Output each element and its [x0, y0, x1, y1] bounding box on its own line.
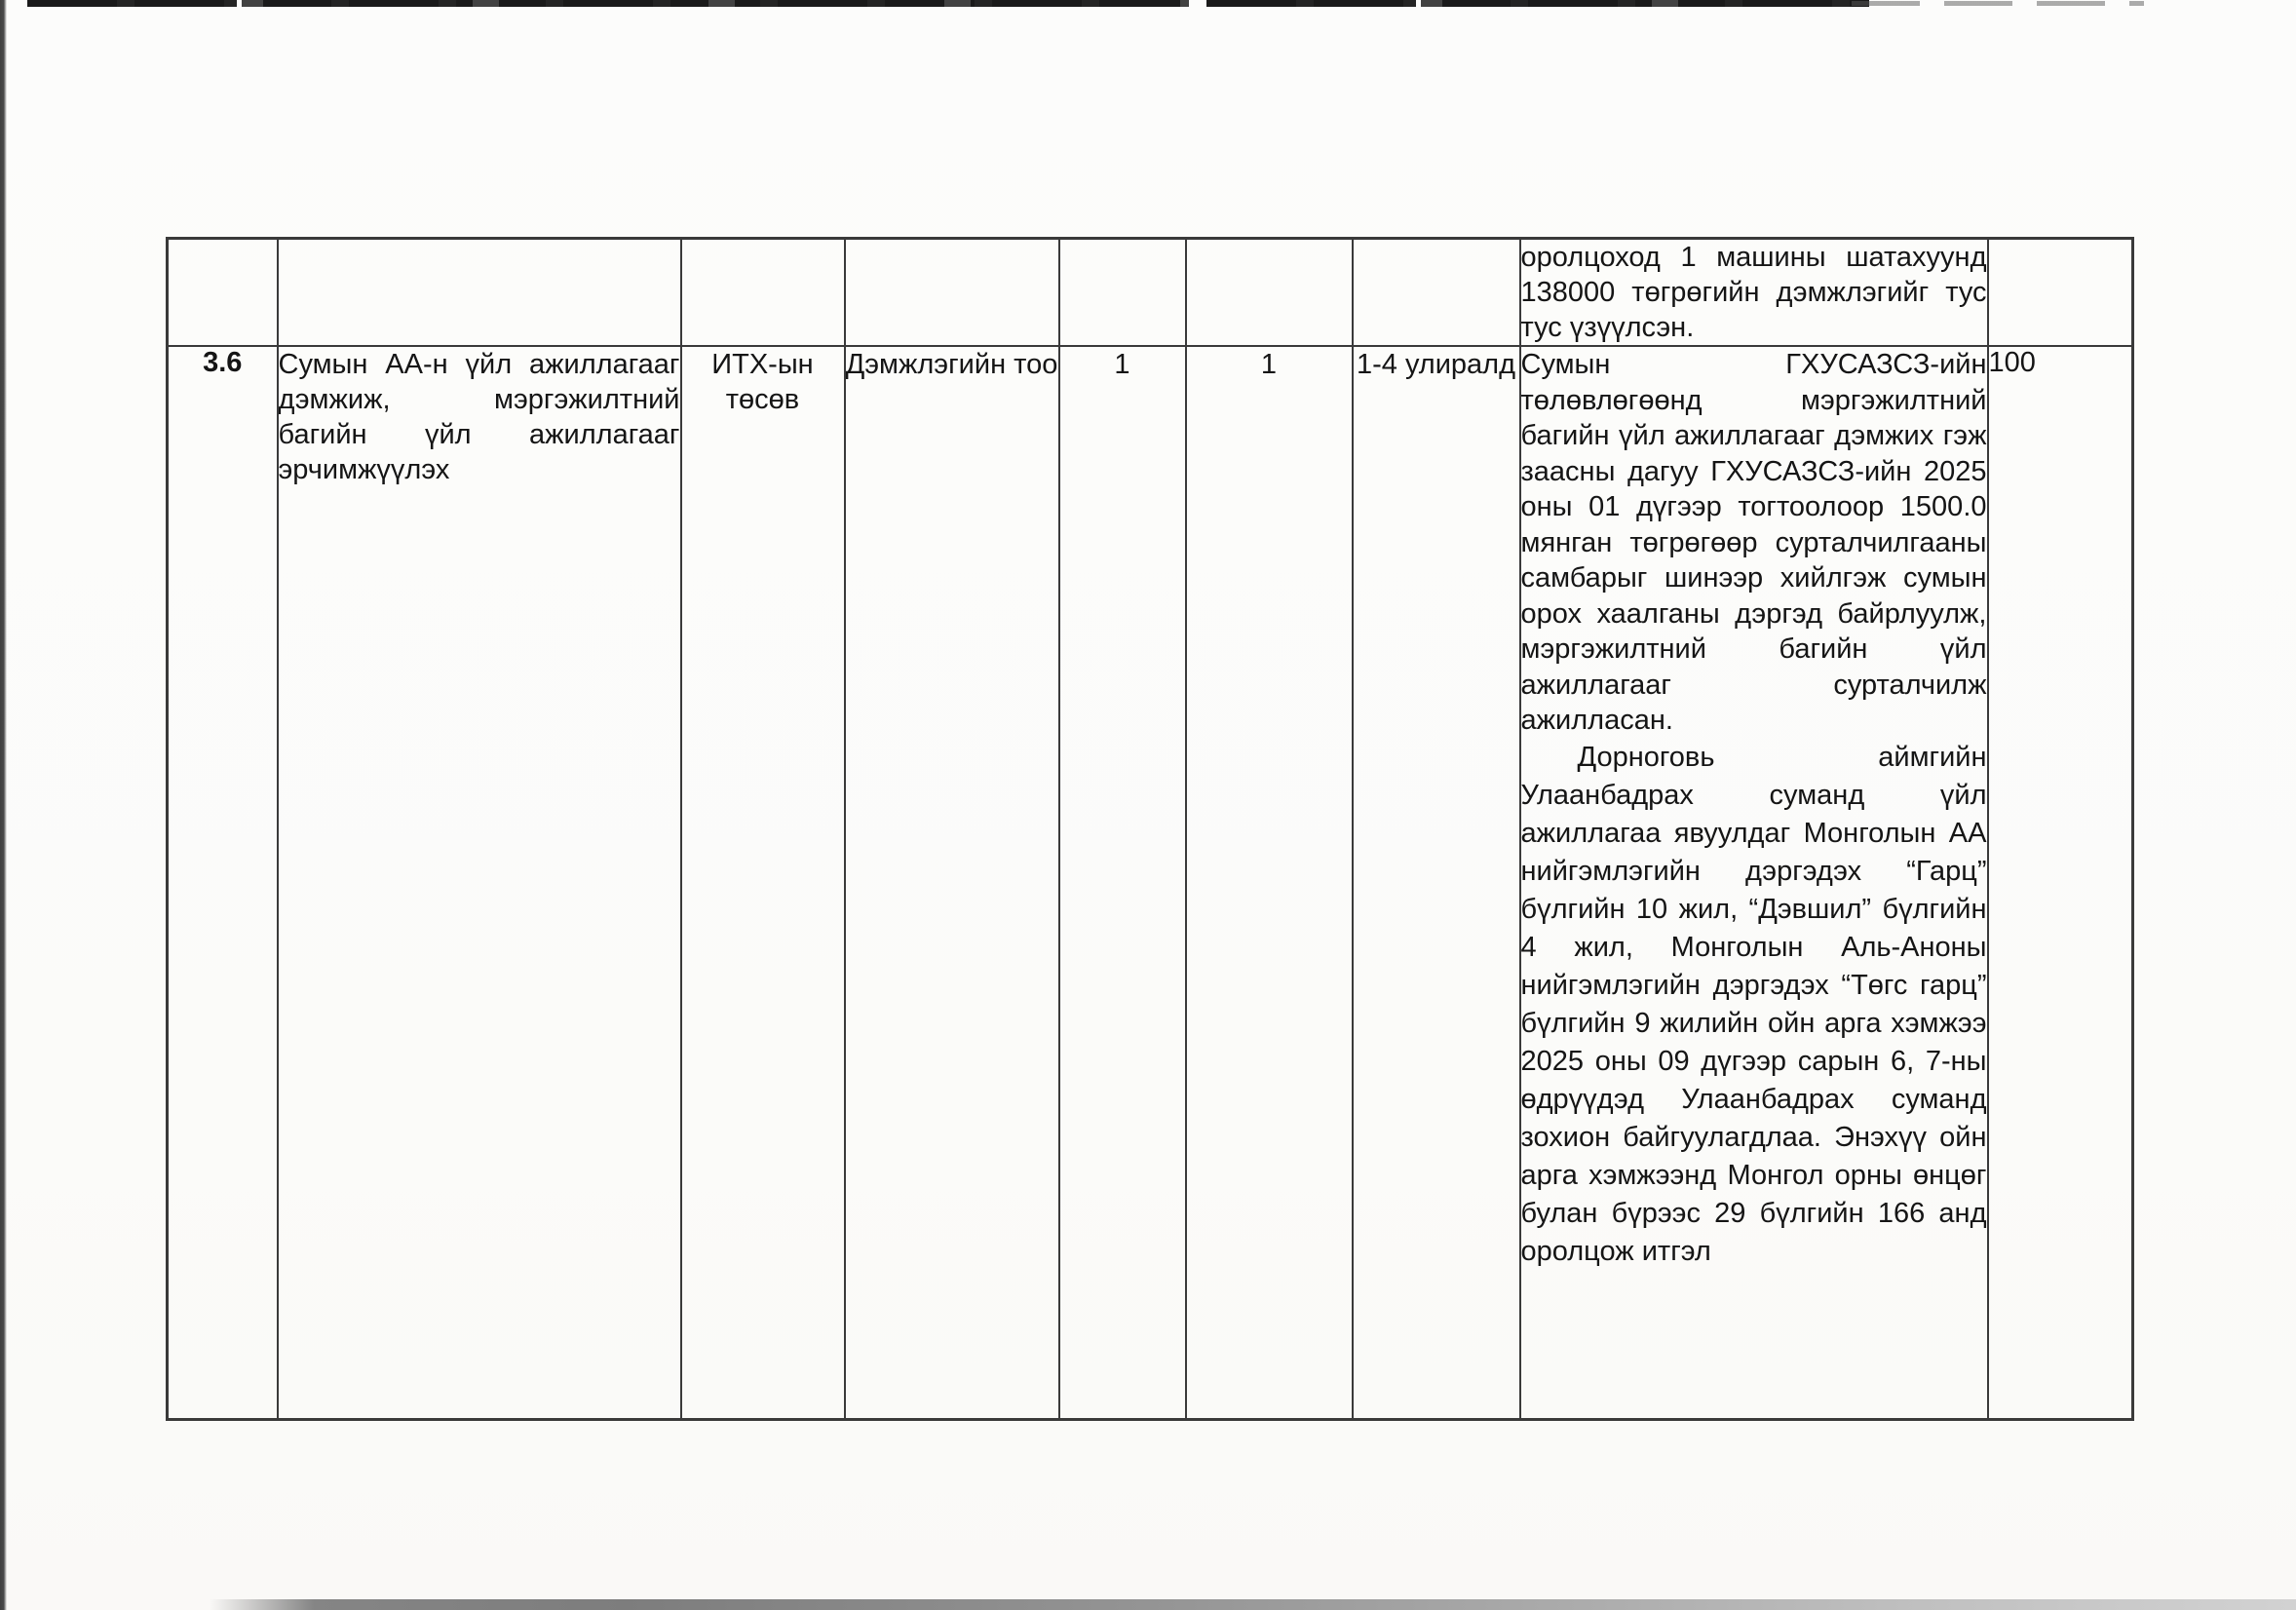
cell-cont-target [1059, 239, 1186, 347]
cell-objective: Сумын АА-н үйл ажиллагааг дэмжиж, мэргэж… [278, 346, 681, 1419]
cell-score: 100 [1988, 346, 2133, 1419]
cell-cont-objective [278, 239, 681, 347]
cell-cont-indicator [845, 239, 1059, 347]
cell-cont-result: оролцоход 1 машины шатахуунд 138000 төгр… [1520, 239, 1988, 347]
scan-artifact-left-edge [0, 0, 7, 1610]
scanned-page: оролцоход 1 машины шатахуунд 138000 төгр… [0, 0, 2296, 1610]
cell-cont-period [1353, 239, 1520, 347]
scan-artifact-bottom-edge [210, 1599, 2296, 1610]
cell-cont-index [168, 239, 278, 347]
cell-target-value: 1 [1059, 346, 1186, 1419]
scan-artifact-top-edge [27, 0, 1869, 7]
cell-cont-score [1988, 239, 2133, 347]
result-paragraph-2: Дорноговь аймгийн Улаанбадрах суманд үйл… [1521, 739, 1987, 1271]
cell-funding-source: ИТХ-ын төсөв [681, 346, 845, 1419]
report-table: оролцоход 1 машины шатахуунд 138000 төгр… [166, 237, 2134, 1421]
table-row-3-6: 3.6 Сумын АА-н үйл ажиллагааг дэмжиж, мэ… [168, 346, 2133, 1419]
cell-result-narrative: Сумын ГХУСАЗСЗ-ийн төлөвлөгөөнд мэргэжил… [1520, 346, 1988, 1419]
table-row-continuation: оролцоход 1 машины шатахуунд 138000 төгр… [168, 239, 2133, 347]
cell-indicator: Дэмжлэгийн тоо [845, 346, 1059, 1419]
scan-artifact-top-edge-fade [1852, 1, 2144, 6]
cell-actual-value: 1 [1186, 346, 1353, 1419]
cell-period: 1-4 улиралд [1353, 346, 1520, 1419]
continuation-result-text: оролцоход 1 машины шатахуунд 138000 төгр… [1521, 240, 1987, 345]
result-paragraph-1: Сумын ГХУСАЗСЗ-ийн төлөвлөгөөнд мэргэжил… [1521, 347, 1987, 739]
cell-cont-actual [1186, 239, 1353, 347]
cell-index: 3.6 [168, 346, 278, 1419]
cell-cont-funding [681, 239, 845, 347]
